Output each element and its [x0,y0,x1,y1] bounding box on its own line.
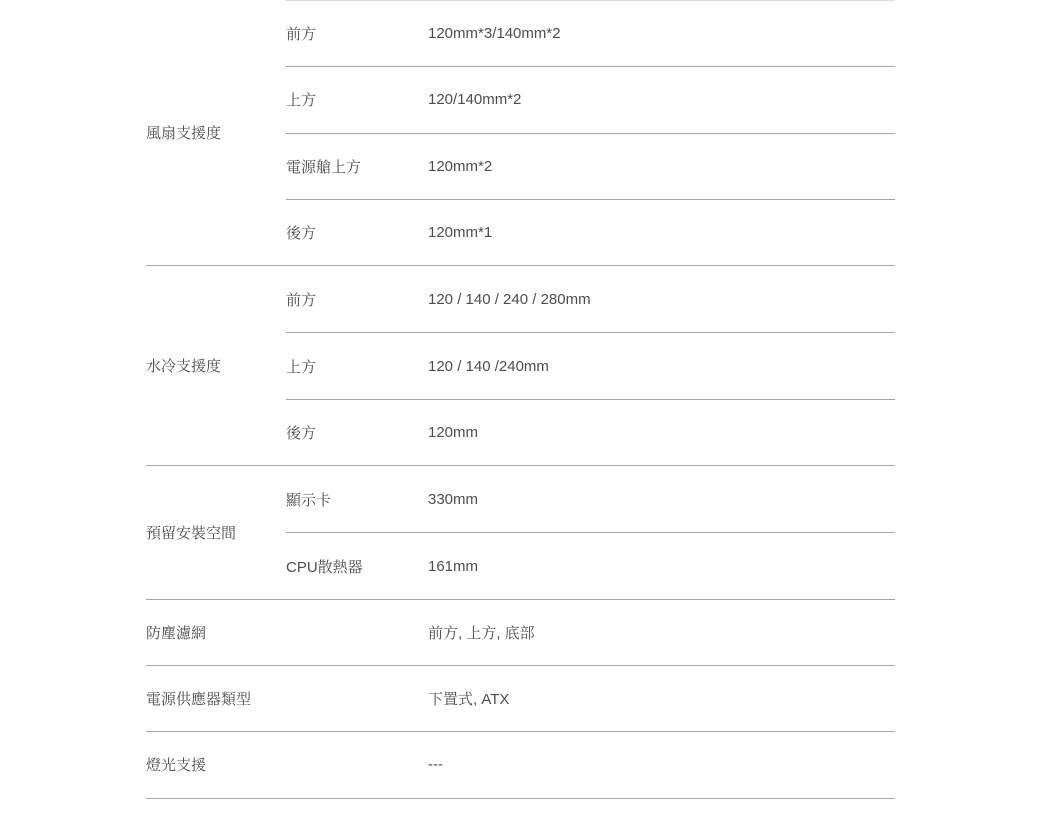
spec-row: CPU散熱器 161mm [286,532,895,598]
spec-group-label: 水冷支援度 [146,266,286,465]
spec-sub-label: 上方 [286,89,428,110]
spec-sub-label: 前方 [286,289,428,310]
spec-group-fan-support: 風扇支援度 前方 120mm*3/140mm*2 上方 120/140mm*2 … [146,0,895,266]
spec-value: 120/140mm*2 [428,91,895,108]
spec-row: 前方 120mm*3/140mm*2 [286,0,895,66]
spec-group-liquid-cooling-support: 水冷支援度 前方 120 / 140 / 240 / 280mm 上方 120 … [146,266,895,466]
spec-table: 風扇支援度 前方 120mm*3/140mm*2 上方 120/140mm*2 … [146,0,895,799]
spec-value: 120 / 140 /240mm [428,358,895,375]
spec-row: 電源艙上方 120mm*2 [286,133,895,199]
spec-sub-label: 後方 [286,222,428,243]
spec-sub-label: 後方 [286,422,428,443]
spec-row: 後方 120mm*1 [286,199,895,265]
spec-value: 下置式, ATX [428,688,895,709]
spec-value: 120mm [428,424,895,441]
spec-sub-label: 電源艙上方 [286,156,428,177]
spec-value: 前方, 上方, 底部 [428,622,895,643]
spec-sub-label: 上方 [286,356,428,377]
spec-group-dust-filter: 防塵濾網 前方, 上方, 底部 [146,600,895,666]
spec-group-label: 燈光支援 [146,754,428,775]
spec-sub-label: 顯示卡 [286,489,428,510]
page: { "colors": { "background": "#ffffff", "… [0,0,1040,817]
spec-group-label-text: 電源供應器類型 [146,688,251,709]
spec-group-label: 防塵濾網 [146,622,428,643]
spec-group-label: 電源供應器類型 [146,688,428,709]
spec-group-label-text: 防塵濾網 [146,622,206,643]
spec-value: 120mm*1 [428,224,895,241]
spec-group-lighting-support: 燈光支援 --- [146,732,895,798]
spec-row: 上方 120/140mm*2 [286,66,895,132]
spec-value: 161mm [428,558,895,575]
spec-value: --- [428,756,895,773]
spec-group-label: 風扇支援度 [146,0,286,265]
spec-group-label-text: 燈光支援 [146,754,206,775]
spec-row: 顯示卡 330mm [286,466,895,532]
spec-value: 120 / 140 / 240 / 280mm [428,291,895,308]
spec-sub-label: 前方 [286,23,428,44]
spec-value: 330mm [428,491,895,508]
spec-group-label-text: 預留安裝空間 [146,522,236,543]
spec-group-installation-clearance: 預留安裝空間 顯示卡 330mm CPU散熱器 161mm [146,466,895,600]
spec-row: 上方 120 / 140 /240mm [286,332,895,398]
spec-group-label: 預留安裝空間 [146,466,286,599]
spec-group-label-text: 水冷支援度 [146,355,221,376]
spec-group-rows: 前方 120mm*3/140mm*2 上方 120/140mm*2 電源艙上方 … [286,0,895,265]
cropped-divider-line [286,0,895,1]
spec-value: 120mm*3/140mm*2 [428,25,895,42]
spec-group-rows: 前方 120 / 140 / 240 / 280mm 上方 120 / 140 … [286,266,895,465]
spec-group-psu-type: 電源供應器類型 下置式, ATX [146,666,895,732]
spec-value: 120mm*2 [428,158,895,175]
spec-group-rows: 顯示卡 330mm CPU散熱器 161mm [286,466,895,599]
spec-sub-label: CPU散熱器 [286,556,428,577]
spec-row: 後方 120mm [286,399,895,465]
spec-row: 前方 120 / 140 / 240 / 280mm [286,266,895,332]
spec-group-label-text: 風扇支援度 [146,122,221,143]
